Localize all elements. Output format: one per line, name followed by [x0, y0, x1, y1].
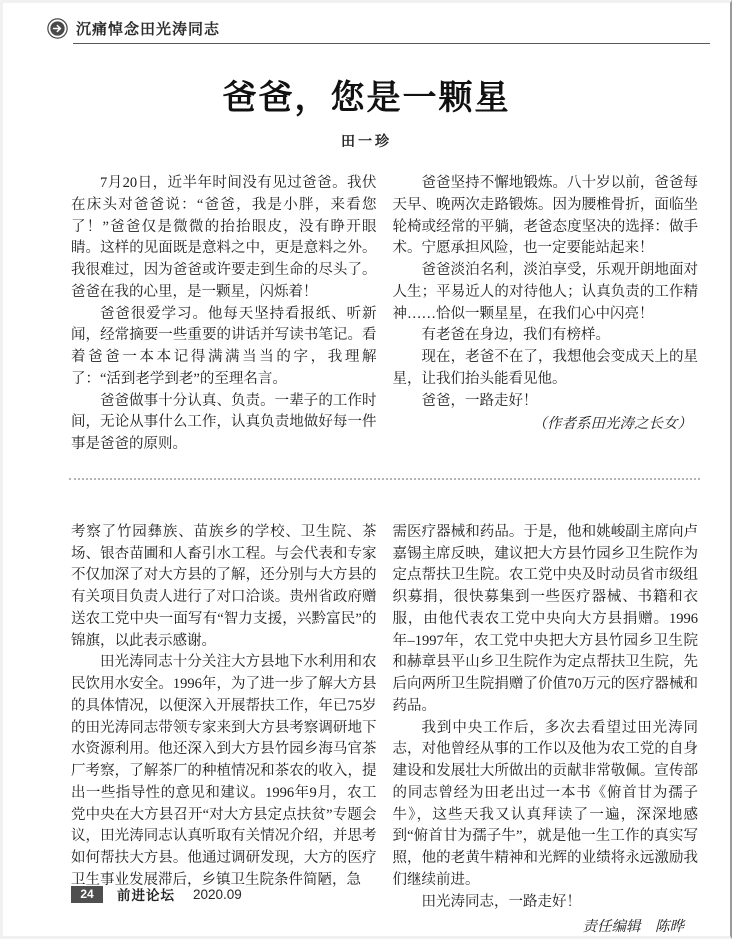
article1-body: 7月20日，近半年时间没有见过爸爸。我伏在床头对爸爸说：“爸爸，我是小胖，来看您… [3, 173, 730, 456]
journal-name: 前进论坛 [117, 884, 175, 904]
issue-date: 2020.09 [193, 887, 242, 902]
article2-right-column: 需医疗器械和药品。于是，他和姚峻副主席向卢嘉锡主席反映，建议把大方县竹园乡卫生院… [393, 522, 699, 939]
page-footer: 24 前进论坛 2020.09 [71, 884, 242, 904]
section-divider [69, 478, 700, 480]
author-byline: （作者系田光涛之长女） [393, 414, 699, 436]
editor-credit: 责任编辑 陈晔 [393, 917, 699, 939]
paragraph: 需医疗器械和药品。于是，他和姚峻副主席向卢嘉锡主席反映，建议把大方县竹园乡卫生院… [393, 522, 699, 718]
header-rule [73, 43, 710, 44]
paragraph: 爸爸，一路走好！ [393, 391, 699, 413]
page-number: 24 [71, 886, 103, 903]
paragraph: 田光涛同志十分关注大方县地下水利用和农民饮用水安全。1996年，为了进一步了解大… [71, 652, 377, 891]
arrow-circle-icon [47, 18, 68, 39]
paragraph: 爸爸做事十分认真、负责。一辈子的工作时间，无论从事什么工作，认真负责地做好每一件… [71, 391, 377, 456]
paragraph: 现在，老爸不在了，我想他会变成天上的星星，让我们抬头能看见他。 [393, 347, 699, 391]
article2-body: 考察了竹园彝族、苗族乡的学校、卫生院、茶场、银杏苗圃和人畜引水工程。与会代表和专… [3, 522, 730, 939]
article2-left-column: 考察了竹园彝族、苗族乡的学校、卫生院、茶场、银杏苗圃和人畜引水工程。与会代表和专… [71, 522, 377, 939]
column-tag: 沉痛悼念田光涛同志 [76, 18, 220, 39]
paragraph: 爸爸坚持不懈地锻炼。八十岁以前，爸爸每天早、晚两次走路锻炼。因为腰椎骨折，面临坐… [393, 173, 699, 260]
article-author: 田一珍 [3, 131, 730, 151]
article1-left-column: 7月20日，近半年时间没有见过爸爸。我伏在床头对爸爸说：“爸爸，我是小胖，来看您… [71, 173, 377, 456]
article1-right-column: 爸爸坚持不懈地锻炼。八十岁以前，爸爸每天早、晚两次走路锻炼。因为腰椎骨折，面临坐… [393, 173, 699, 456]
article-title: 爸爸，您是一颗星 [3, 70, 730, 119]
paragraph: 我到中央工作后，多次去看望过田光涛同志，对他曾经从事的工作以及他为农工党的自身建… [393, 718, 699, 892]
paragraph: 爸爸很爱学习。他每天坚持看报纸、听新闻，经常摘要一些重要的讲话并写读书笔记。看着… [71, 304, 377, 391]
paragraph: 田光涛同志，一路走好！ [393, 892, 699, 914]
page-header: 沉痛悼念田光涛同志 [47, 18, 710, 44]
paragraph: 爸爸淡泊名利，淡泊享受，乐观开朗地面对人生；平易近人的对待他人；认真负责的工作精… [393, 260, 699, 325]
paragraph: 有老爸在身边，我们有榜样。 [393, 325, 699, 347]
paragraph: 7月20日，近半年时间没有见过爸爸。我伏在床头对爸爸说：“爸爸，我是小胖，来看您… [71, 173, 377, 304]
magazine-page: 沉痛悼念田光涛同志 爸爸，您是一颗星 田一珍 7月20日，近半年时间没有见过爸爸… [0, 0, 732, 939]
paragraph: 考察了竹园彝族、苗族乡的学校、卫生院、茶场、银杏苗圃和人畜引水工程。与会代表和专… [71, 522, 377, 653]
